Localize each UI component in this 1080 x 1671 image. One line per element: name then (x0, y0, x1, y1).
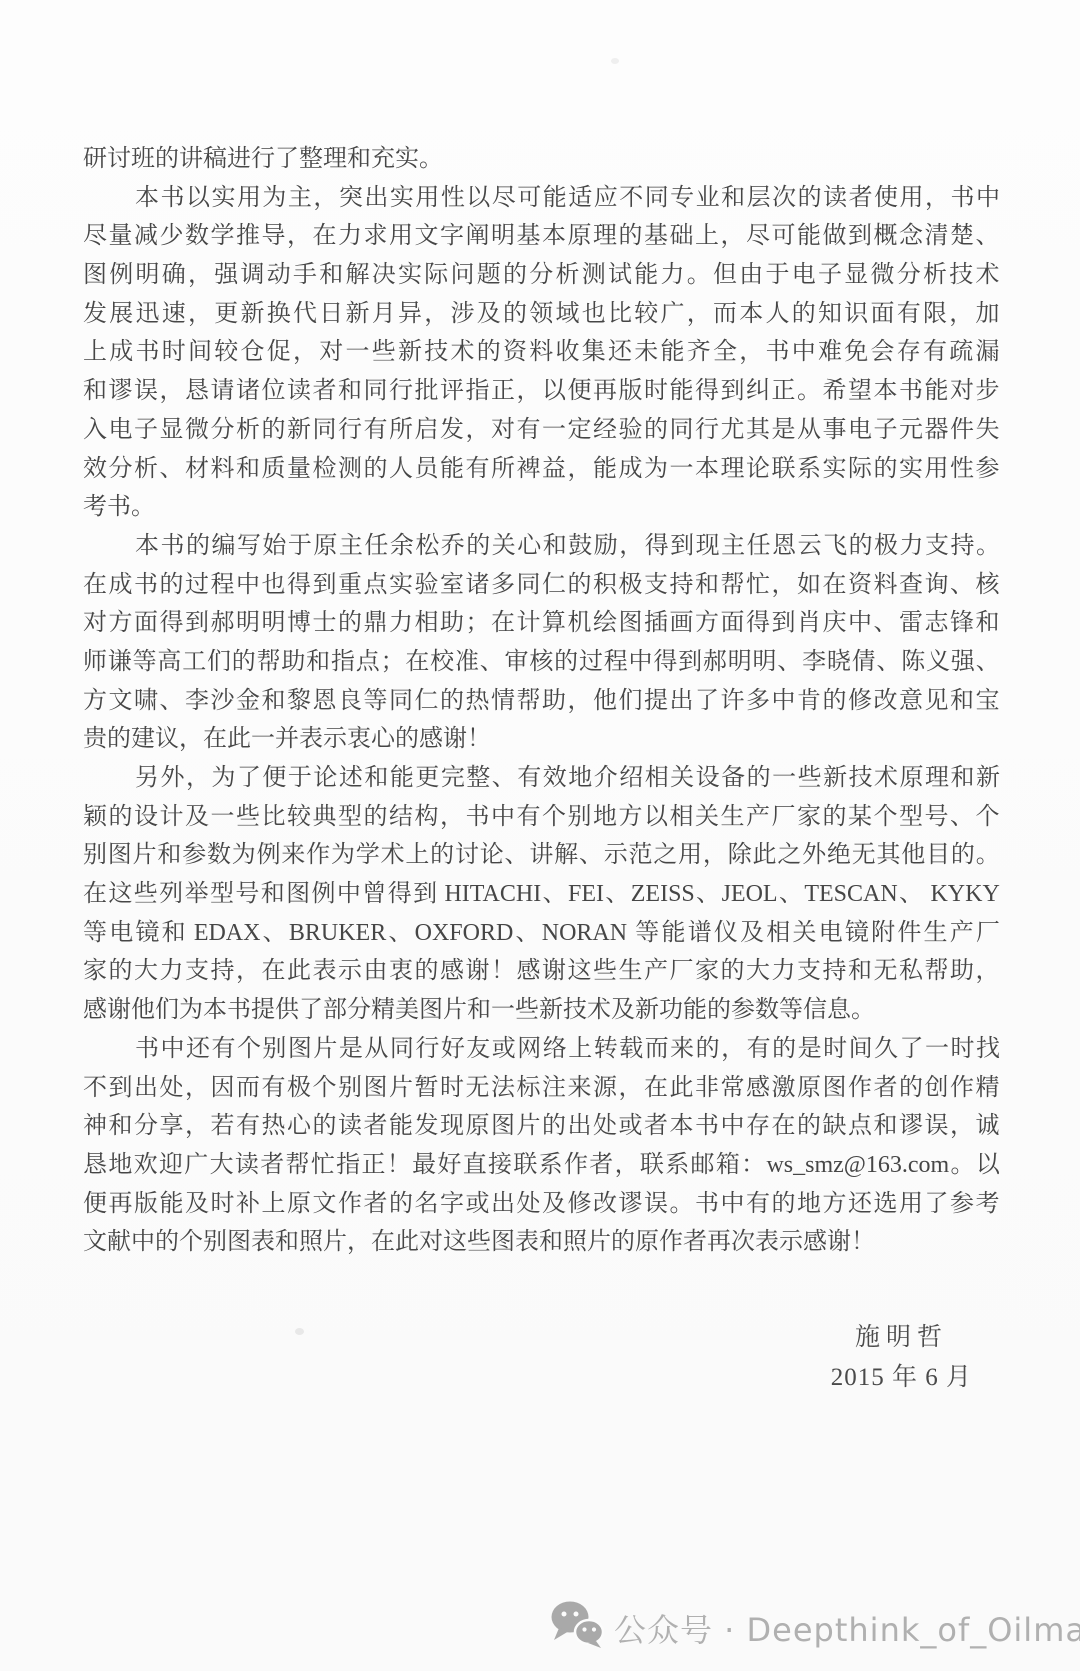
text-line: 和谬误，恳请诸位读者和同行批评指正，以便再版时能得到纠正。希望本书能对步 (83, 372, 1000, 411)
scanned-book-page: 研讨班的讲稿进行了整理和充实。本书以实用为主，突出实用性以尽可能适应不同专业和层… (0, 0, 1080, 1671)
text-block: 研讨班的讲稿进行了整理和充实。本书以实用为主，突出实用性以尽可能适应不同专业和层… (83, 140, 1000, 1262)
text-line: 不到出处，因而有极个别图片暂时无法标注来源，在此非常感激原图作者的创作精 (83, 1069, 1000, 1108)
text-line: 本书的编写始于原主任余松乔的关心和鼓励，得到现主任恩云飞的极力支持。 (83, 527, 1000, 566)
text-line: 神和分享，若有热心的读者能发现原图片的出处或者本书中存在的缺点和谬误，诚 (83, 1107, 1000, 1146)
text-line: 发展迅速，更新换代日新月异，涉及的领域也比较广，而本人的知识面有限，加 (83, 295, 1000, 334)
scan-speck (611, 58, 619, 64)
text-line: 对方面得到郝明明博士的鼎力相助；在计算机绘图插画方面得到肖庆中、雷志锋和 (83, 604, 1000, 643)
text-line: 上成书时间较仓促，对一些新技术的资料收集还未能齐全，书中难免会存有疏漏 (83, 333, 1000, 372)
text-line: 本书以实用为主，突出实用性以尽可能适应不同专业和层次的读者使用，书中 (83, 179, 1000, 218)
text-line: 考书。 (83, 488, 1000, 527)
watermark-text: 公众号 · Deepthink_of_Oilman_ (614, 1605, 1080, 1651)
text-line: 家的大力支持，在此表示由衷的感谢！感谢这些生产厂家的大力支持和无私帮助， (83, 952, 1000, 991)
text-line: 书中还有个别图片是从同行好友或网络上转载而来的，有的是时间久了一时找 (83, 1030, 1000, 1069)
wechat-icon (550, 1600, 604, 1656)
scan-speck (295, 1328, 304, 1335)
text-line: 等电镜和 EDAX、BRUKER、OXFORD、NORAN 等能谱仪及相关电镜附… (83, 914, 1000, 953)
text-line: 入电子显微分析的新同行有所启发，对有一定经验的同行尤其是从事电子元器件失 (83, 411, 1000, 450)
text-line: 在这些列举型号和图例中曾得到 HITACHI、FEI、ZEISS、JEOL、TE… (83, 875, 1000, 914)
text-line: 图例明确，强调动手和解决实际问题的分析测试能力。但由于电子显微分析技术 (83, 256, 1000, 295)
text-line: 颖的设计及一些比较典型的结构，书中有个别地方以相关生产厂家的某个型号、个 (83, 798, 1000, 837)
watermark: 公众号 · Deepthink_of_Oilman_ (550, 1600, 1080, 1656)
text-line: 研讨班的讲稿进行了整理和充实。 (83, 140, 1000, 179)
author-signature: 施明哲 (83, 1318, 1000, 1358)
text-line: 在成书的过程中也得到重点实验室诸多同仁的积极支持和帮忙，如在资料查询、核 (83, 566, 1000, 605)
text-line: 贵的建议，在此一并表示衷心的感谢！ (83, 720, 1000, 759)
signature-block: 施明哲 2015 年 6 月 (83, 1318, 1000, 1398)
text-line: 效分析、材料和质量检测的人员能有所裨益，能成为一本理论联系实际的实用性参 (83, 450, 1000, 489)
text-line: 另外，为了便于论述和能更完整、有效地介绍相关设备的一些新技术原理和新 (83, 759, 1000, 798)
text-line: 感谢他们为本书提供了部分精美图片和一些新技术及新功能的参数等信息。 (83, 991, 1000, 1030)
text-line: 方文啸、李沙金和黎恩良等同仁的热情帮助，他们提出了许多中肯的修改意见和宝 (83, 682, 1000, 721)
text-line: 别图片和参数为例来作为学术上的讨论、讲解、示范之用，除此之外绝无其他目的。 (83, 836, 1000, 875)
text-line: 便再版能及时补上原文作者的名字或出处及修改谬误。书中有的地方还选用了参考 (83, 1185, 1000, 1224)
text-line: 恳地欢迎广大读者帮忙指正！最好直接联系作者，联系邮箱：ws_smz@163.co… (83, 1146, 1000, 1185)
text-line: 师谦等高工们的帮助和指点；在校准、审核的过程中得到郝明明、李晓倩、陈义强、 (83, 643, 1000, 682)
text-line: 尽量减少数学推导，在力求用文字阐明基本原理的基础上，尽可能做到概念清楚、 (83, 217, 1000, 256)
publication-date: 2015 年 6 月 (83, 1358, 1000, 1398)
text-line: 文献中的个别图表和照片，在此对这些图表和照片的原作者再次表示感谢！ (83, 1223, 1000, 1262)
